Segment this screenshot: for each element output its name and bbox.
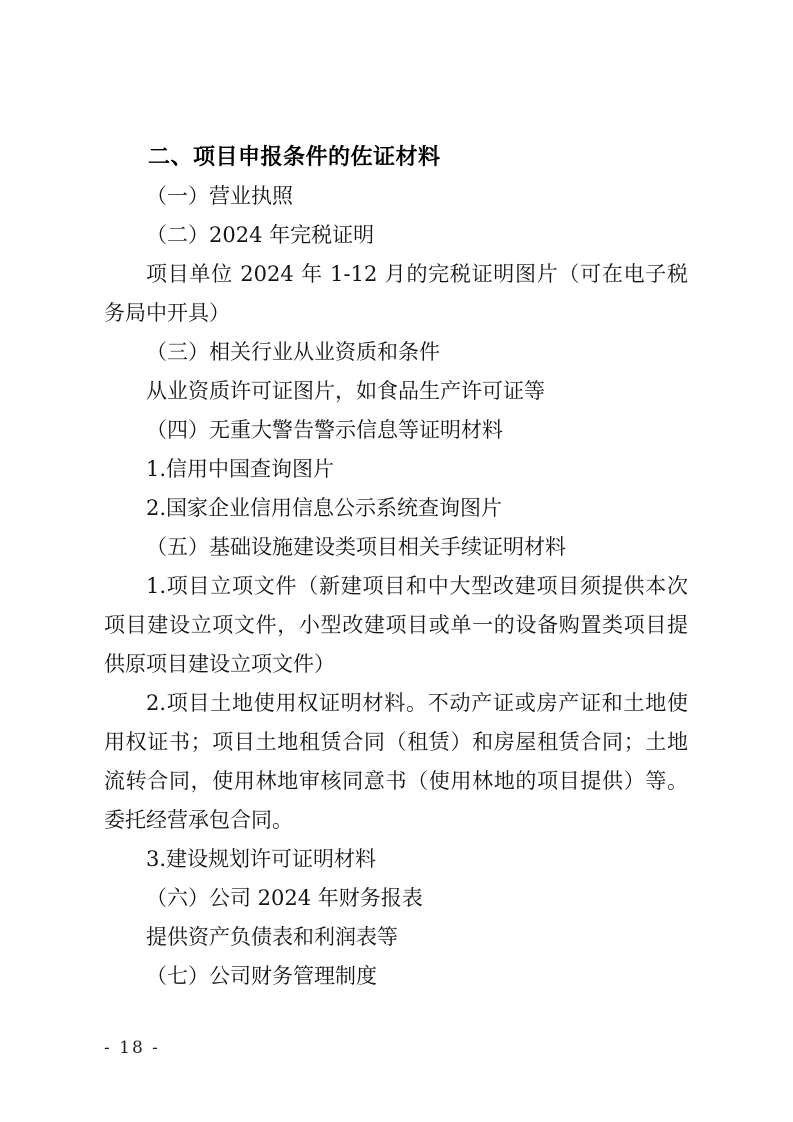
page-number: - 18 - (104, 1038, 160, 1058)
section-heading: 二、项目申报条件的佐证材料 (104, 138, 688, 177)
paragraph-subitem-land-use: 2.项目土地使用权证明材料。不动产证或房产证和土地使用权证书；项目土地租赁合同（… (104, 684, 688, 840)
paragraph-subitem-planning-permit: 3.建设规划许可证明材料 (104, 840, 688, 879)
paragraph-item-3: （三）相关行业从业资质和条件 (104, 333, 688, 372)
paragraph-item-4: （四）无重大警告警示信息等证明材料 (104, 411, 688, 450)
document-page: 二、项目申报条件的佐证材料 （一）营业执照 （二）2024 年完税证明 项目单位… (0, 0, 793, 1122)
paragraph-item-1: （一）营业执照 (104, 177, 688, 216)
paragraph-item-7: （七）公司财务管理制度 (104, 957, 688, 996)
paragraph-item-2: （二）2024 年完税证明 (104, 216, 688, 255)
paragraph-body-financial-statements: 提供资产负债表和利润表等 (104, 918, 688, 957)
paragraph-subitem-project-approval: 1.项目立项文件（新建项目和中大型改建项目须提供本次项目建设立项文件，小型改建项… (104, 567, 688, 684)
paragraph-item-6: （六）公司 2024 年财务报表 (104, 879, 688, 918)
paragraph-body-tax-proof: 项目单位 2024 年 1-12 月的完税证明图片（可在电子税务局中开具） (104, 255, 688, 333)
document-body: 二、项目申报条件的佐证材料 （一）营业执照 （二）2024 年完税证明 项目单位… (104, 138, 688, 996)
paragraph-item-5: （五）基础设施建设类项目相关手续证明材料 (104, 528, 688, 567)
paragraph-subitem-credit-china: 1.信用中国查询图片 (104, 450, 688, 489)
paragraph-subitem-enterprise-credit: 2.国家企业信用信息公示系统查询图片 (104, 489, 688, 528)
paragraph-body-qualification: 从业资质许可证图片，如食品生产许可证等 (104, 372, 688, 411)
